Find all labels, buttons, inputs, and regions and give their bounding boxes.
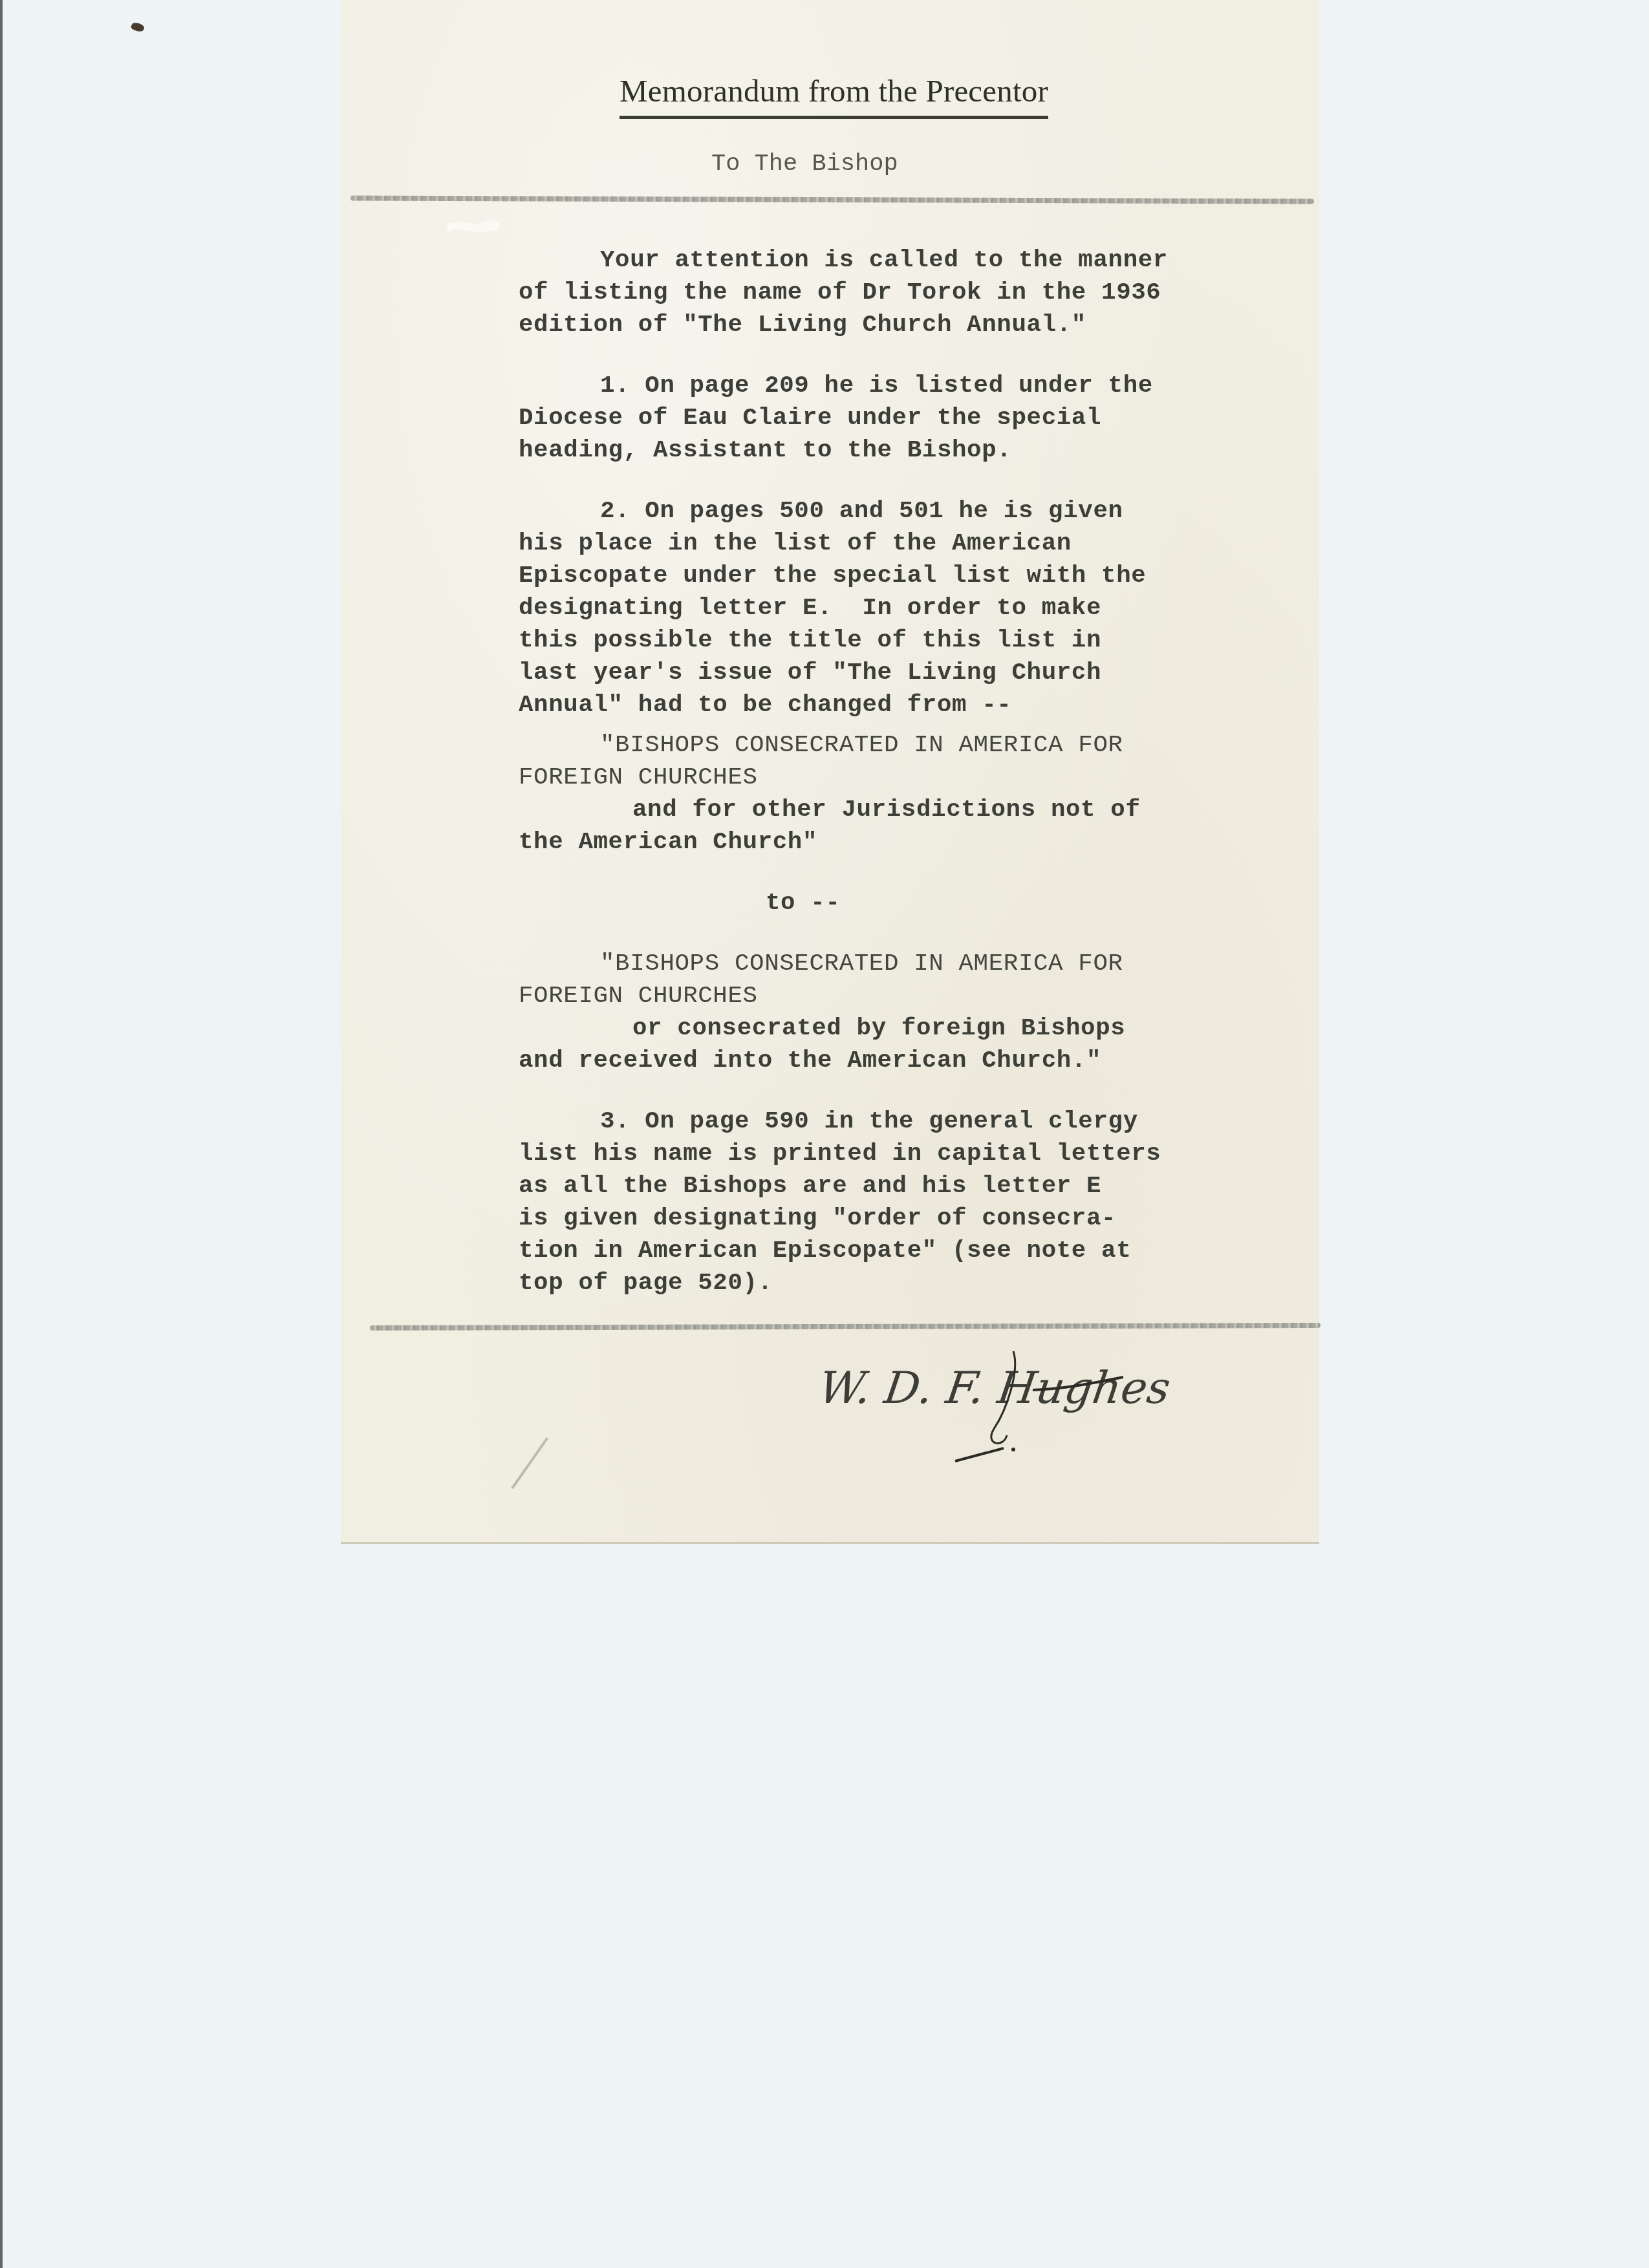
memo-body: Your attention is called to the manner o…	[519, 244, 1327, 1300]
item3-line: top of page 520).	[519, 1267, 1327, 1300]
item2-line: this possible the title of this list in	[519, 625, 1327, 657]
item3-line: tion in American Episcopate" (see note a…	[519, 1235, 1327, 1267]
item1-line: 1. On page 209 he is listed under the	[519, 370, 1327, 402]
old-title-line: and for other Jurisdictions not of	[519, 794, 1327, 826]
old-title-line: the American Church"	[519, 826, 1327, 859]
item1-line: Diocese of Eau Claire under the special	[519, 402, 1327, 434]
item3-line: as all the Bishops are and his letter E	[519, 1170, 1327, 1203]
intro-line: Your attention is called to the manner	[519, 244, 1327, 277]
intro-line: edition of "The Living Church Annual."	[519, 309, 1327, 341]
pencil-rule-top	[350, 195, 1314, 204]
to-label: to --	[519, 887, 1327, 919]
pencil-stroke-mark	[511, 1437, 548, 1489]
paper-tear-mark	[447, 220, 499, 233]
new-title-line: and received into the American Church."	[519, 1045, 1327, 1077]
signature-flourish-icon	[819, 1332, 1181, 1487]
item1-line: heading, Assistant to the Bishop.	[519, 434, 1327, 467]
new-title-line: "BISHOPS CONSECRATED IN AMERICA FOR	[519, 948, 1327, 980]
item2-line: last year's issue of "The Living Church	[519, 657, 1327, 689]
dust-speck	[131, 21, 145, 33]
signature: W. D. F. Hughes	[819, 1332, 1181, 1487]
scanner-edge	[0, 0, 3, 2268]
item3-line: 3. On page 590 in the general clergy	[519, 1106, 1327, 1138]
letterhead: Memorandum from the Precentor	[341, 72, 1319, 119]
item2-line: Annual" had to be changed from --	[519, 689, 1327, 722]
old-title-line: FOREIGN CHURCHES	[519, 762, 1327, 794]
item2-line: his place in the list of the American	[519, 528, 1327, 560]
intro-line: of listing the name of Dr Torok in the 1…	[519, 277, 1327, 309]
new-title-line: or consecrated by foreign Bishops	[519, 1012, 1327, 1045]
item3-line: list his name is printed in capital lett…	[519, 1138, 1327, 1170]
item3-line: is given designating "order of consecra-	[519, 1203, 1327, 1235]
pencil-rule-bottom	[370, 1323, 1320, 1331]
old-title-line: "BISHOPS CONSECRATED IN AMERICA FOR	[519, 729, 1327, 762]
memo-paper: Memorandum from the Precentor To The Bis…	[341, 0, 1319, 1542]
item2-line: designating letter E. In order to make	[519, 592, 1327, 625]
new-title-line: FOREIGN CHURCHES	[519, 980, 1327, 1012]
letterhead-title: Memorandum from the Precentor	[620, 72, 1048, 119]
item2-line: Episcopate under the special list with t…	[519, 560, 1327, 592]
recipient-line: To The Bishop	[711, 151, 898, 178]
item2-line: 2. On pages 500 and 501 he is given	[519, 495, 1327, 528]
